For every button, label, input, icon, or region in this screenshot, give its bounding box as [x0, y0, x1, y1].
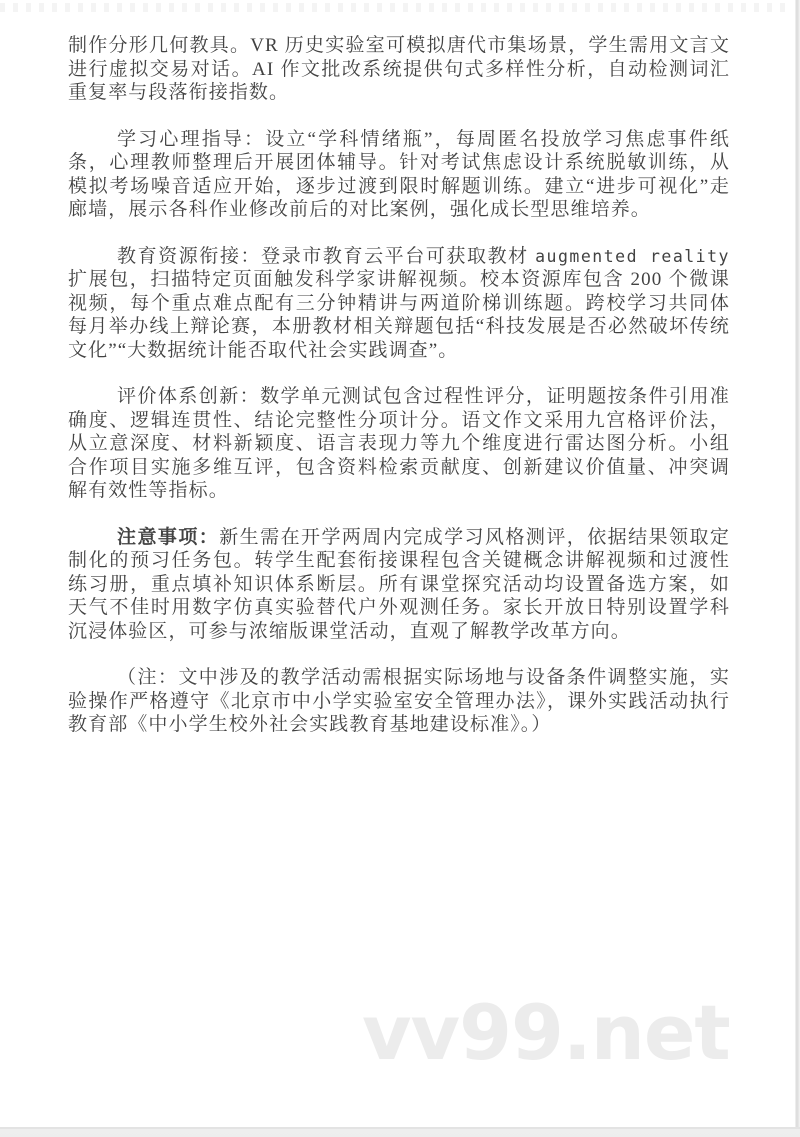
paragraph-evaluation-system-text: 评价体系创新：数学单元测试包含过程性评分，证明题按条件引用准确度、逻辑连贯性、结…	[68, 386, 730, 501]
paragraph-education-resources-text-after: 扩展包，扫描特定页面触发科学家讲解视频。校本资源库包含 200 个微课视频，每个…	[68, 269, 730, 361]
paragraph-continuation: 制作分形几何教具。VR 历史实验室可模拟唐代市集场景，学生需用文言文进行虚拟交易…	[68, 34, 730, 105]
paragraph-notes-lead: 注意事项：	[117, 527, 219, 548]
paragraph-footnote-text: （注：文中涉及的教学活动需根据实际场地与设备条件调整实施，实验操作严格遵守《北京…	[68, 667, 730, 735]
paragraph-notes: 注意事项：新生需在开学两周内完成学习风格测评，依据结果领取定制化的预习任务包。转…	[68, 526, 730, 644]
scan-top-edge-artifact	[0, 3, 792, 12]
paragraph-footnote: （注：文中涉及的教学活动需根据实际场地与设备条件调整实施，实验操作严格遵守《北京…	[68, 666, 730, 737]
paragraph-psych-guidance: 学习心理指导：设立“学科情绪瓶”，每周匿名投放学习焦虑事件纸条，心理教师整理后开…	[68, 128, 730, 222]
latin-term-augmented-reality: augmented reality	[535, 247, 730, 266]
paragraph-evaluation-system: 评价体系创新：数学单元测试包含过程性评分，证明题按条件引用准确度、逻辑连贯性、结…	[68, 385, 730, 503]
scan-bottom-edge-artifact	[0, 1127, 800, 1137]
paragraph-education-resources-text-before: 教育资源衔接：登录市教育云平台可获取教材	[117, 246, 535, 267]
document-content: 制作分形几何教具。VR 历史实验室可模拟唐代市集场景，学生需用文言文进行虚拟交易…	[68, 34, 730, 737]
scan-right-edge-artifact	[793, 0, 800, 1137]
paragraph-psych-guidance-text: 学习心理指导：设立“学科情绪瓶”，每周匿名投放学习焦虑事件纸条，心理教师整理后开…	[68, 129, 730, 221]
paragraph-education-resources: 教育资源衔接：登录市教育云平台可获取教材 augmented reality 扩…	[68, 245, 730, 363]
site-watermark: vv99.net	[362, 988, 730, 1077]
paragraph-continuation-text: 制作分形几何教具。VR 历史实验室可模拟唐代市集场景，学生需用文言文进行虚拟交易…	[68, 35, 730, 103]
document-page: 制作分形几何教具。VR 历史实验室可模拟唐代市集场景，学生需用文言文进行虚拟交易…	[0, 0, 800, 1137]
